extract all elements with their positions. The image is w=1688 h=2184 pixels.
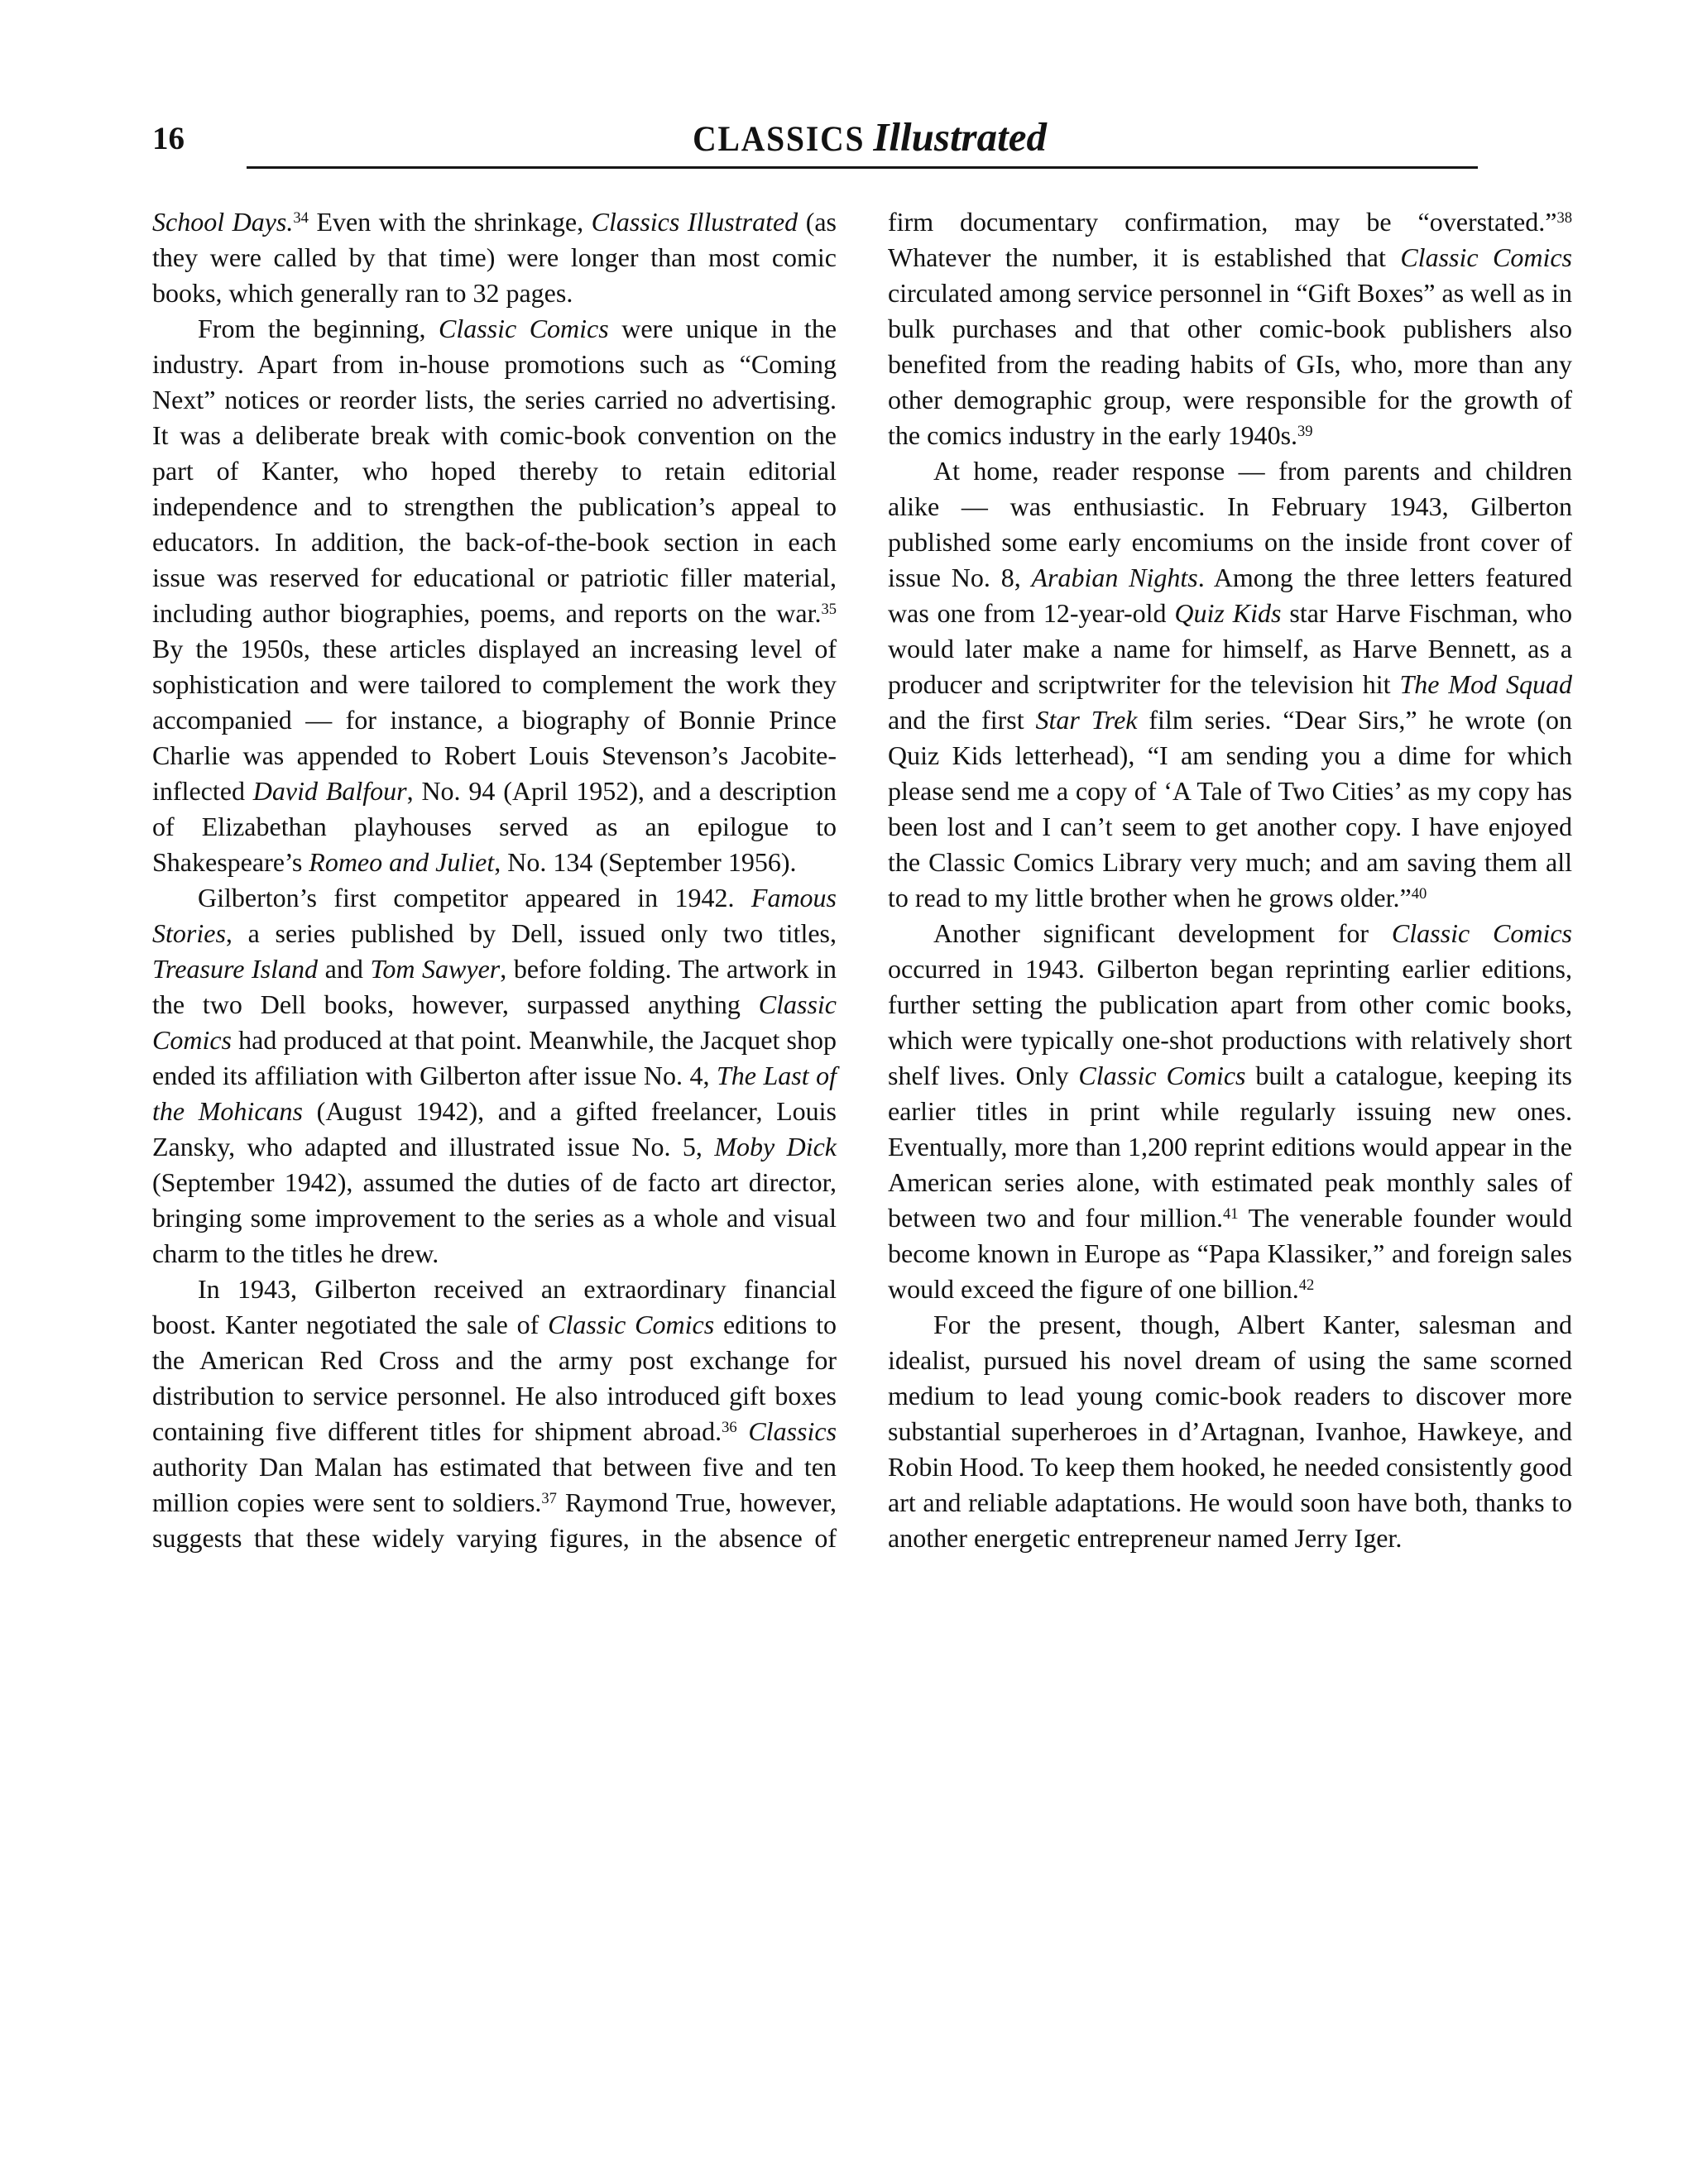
header-rule (247, 166, 1478, 169)
right-column: firm documentary confirmation, may be “o… (888, 204, 1572, 1556)
paragraph: Another significant development for Clas… (888, 916, 1572, 1307)
paragraph: firm documentary confirmation, may be “o… (888, 204, 1572, 453)
header-title-illustrated: Illustrated (873, 116, 1047, 159)
left-column: School Days.34 Even with the shrinkage, … (152, 204, 837, 1556)
paragraph: From the beginning, Classic Comics were … (152, 311, 837, 880)
text-columns: School Days.34 Even with the shrinkage, … (152, 204, 1572, 1556)
paragraph: Gilberton’s first competitor appeared in… (152, 880, 837, 1272)
paragraph: In 1943, Gilberton received an extraordi… (152, 1272, 837, 1556)
book-page: { "page": { "number": "16", "title": { "… (0, 0, 1688, 2184)
paragraph: School Days.34 Even with the shrinkage, … (152, 204, 837, 311)
paragraph: For the present, though, Albert Kanter, … (888, 1307, 1572, 1556)
header-title-classics: CLASSICS (693, 118, 865, 161)
running-header: CLASSICSIllustrated (152, 116, 1572, 169)
paragraph: At home, reader response — from parents … (888, 453, 1572, 916)
